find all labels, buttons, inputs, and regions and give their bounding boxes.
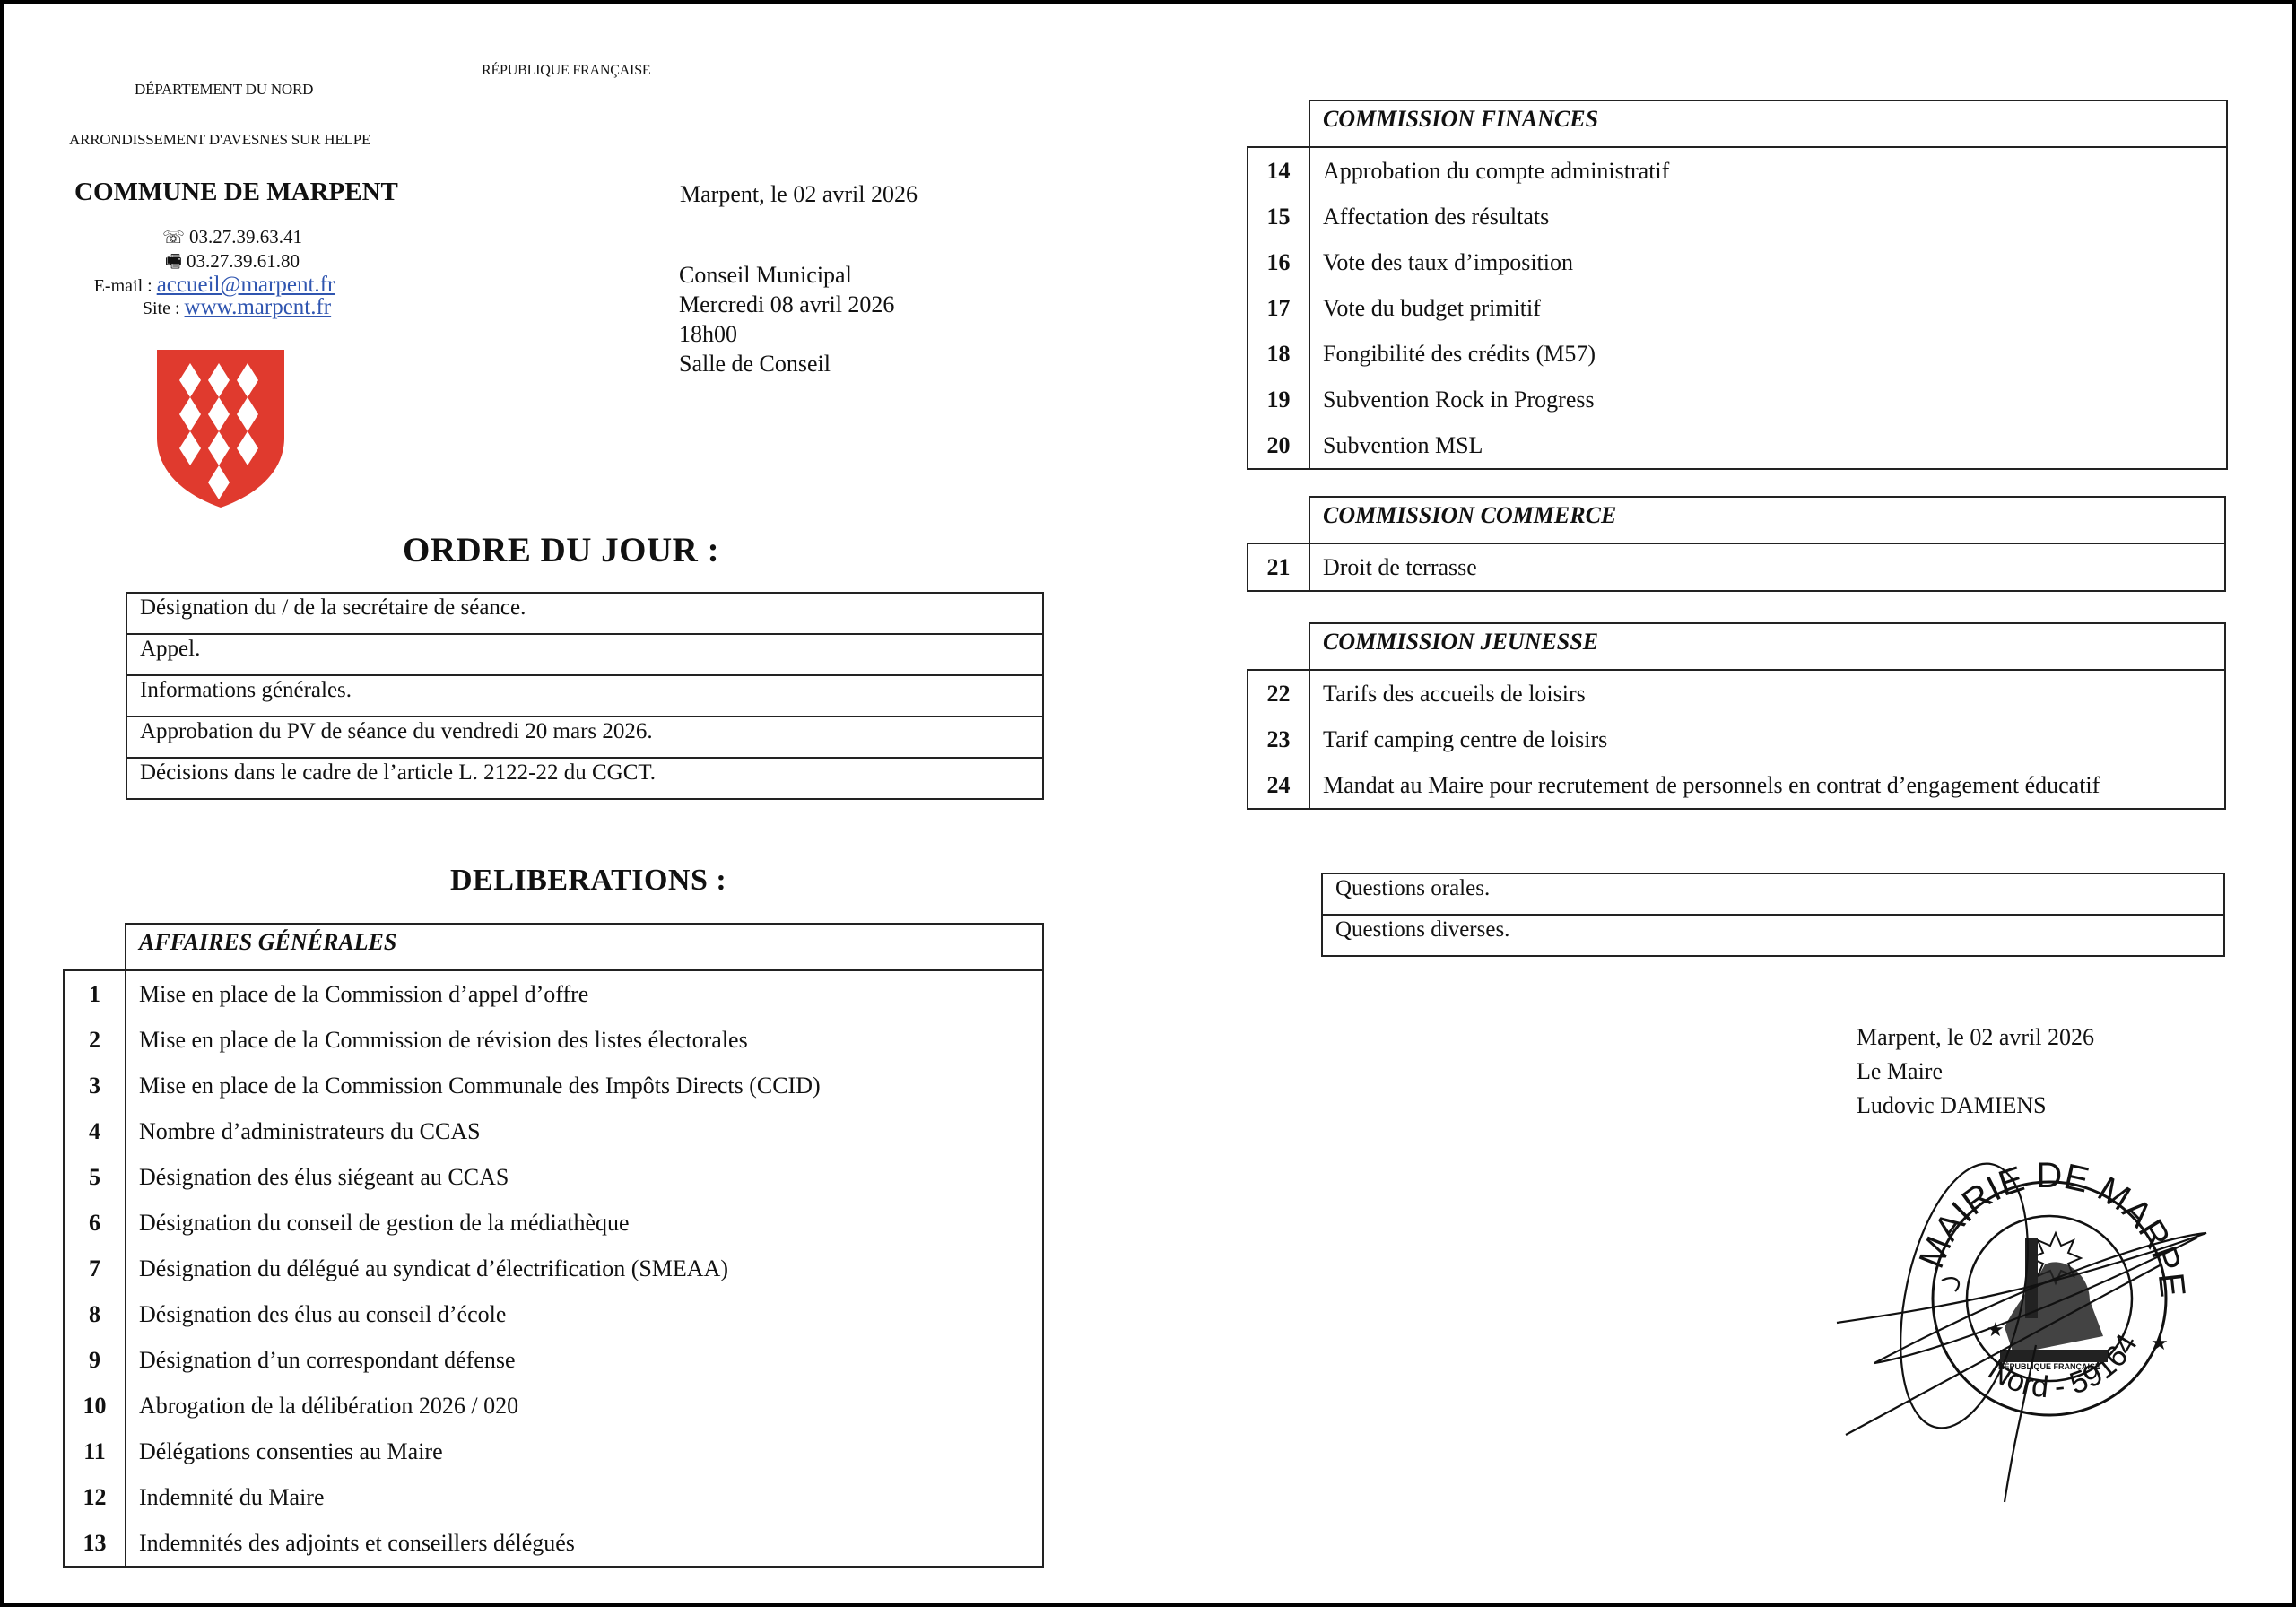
ordre-du-jour-row: Informations générales. [126, 675, 1043, 717]
deliberation-number: 5 [64, 1154, 126, 1200]
deliberation-text: Fongibilité des crédits (M57) [1309, 331, 2227, 377]
signature-date: Marpent, le 02 avril 2026 [1857, 1021, 2094, 1055]
deliberation-row: 6Désignation du conseil de gestion de la… [64, 1200, 1043, 1246]
ordre-du-jour-item: Appel. [126, 634, 1043, 675]
site-label: Site : [143, 299, 180, 318]
deliberation-row: 15Affectation des résultats [1248, 194, 2227, 239]
section-title: COMMISSION JEUNESSE [1309, 623, 2225, 670]
fax-icon: 🖷 [165, 252, 182, 272]
section-commission-jeunesse: COMMISSION JEUNESSE22Tarifs des accueils… [1247, 622, 2226, 810]
section-header-row: COMMISSION COMMERCE [1248, 497, 2225, 543]
deliberation-row: 17Vote du budget primitif [1248, 285, 2227, 331]
deliberation-text: Désignation des élus siégeant au CCAS [126, 1154, 1043, 1200]
deliberation-text: Vote du budget primitif [1309, 285, 2227, 331]
question-item: Questions orales. [1322, 873, 2224, 915]
deliberation-number: 15 [1248, 194, 1309, 239]
svg-text:RÉPUBLIQUE FRANÇAISE: RÉPUBLIQUE FRANÇAISE [1998, 1362, 2100, 1371]
deliberation-row: 7Désignation du délégué au syndicat d’él… [64, 1246, 1043, 1291]
deliberation-row: 5Désignation des élus siégeant au CCAS [64, 1154, 1043, 1200]
site-link[interactable]: www.marpent.fr [185, 295, 332, 319]
deliberation-number: 10 [64, 1383, 126, 1429]
signature-block: Marpent, le 02 avril 2026 Le Maire Ludov… [1857, 1021, 2094, 1123]
deliberation-number: 3 [64, 1063, 126, 1108]
arrondissement-label: ARRONDISSEMENT D'AVESNES SUR HELPE [69, 131, 370, 149]
deliberation-text: Vote des taux d’imposition [1309, 239, 2227, 285]
deliberation-number: 20 [1248, 422, 1309, 469]
deliberation-row: 11Délégations consenties au Maire [64, 1429, 1043, 1474]
questions-table: Questions orales.Questions diverses. [1321, 873, 2225, 957]
deliberation-number: 19 [1248, 377, 1309, 422]
deliberation-text: Subvention MSL [1309, 422, 2227, 469]
ordre-du-jour-item: Décisions dans le cadre de l’article L. … [126, 758, 1043, 799]
deliberation-text: Tarif camping centre de loisirs [1309, 717, 2225, 762]
section-affaires-generales: AFFAIRES GÉNÉRALES1Mise en place de la C… [63, 923, 1044, 1568]
deliberation-number: 6 [64, 1200, 126, 1246]
deliberation-text: Subvention Rock in Progress [1309, 377, 2227, 422]
ordre-du-jour-title: ORDRE DU JOUR : [403, 530, 719, 570]
republic-label: RÉPUBLIQUE FRANÇAISE [482, 63, 650, 79]
meeting-time: 18h00 [679, 319, 894, 349]
deliberation-text: Indemnités des adjoints et conseillers d… [126, 1520, 1043, 1567]
deliberation-number: 16 [1248, 239, 1309, 285]
section-header-row: COMMISSION JEUNESSE [1248, 623, 2225, 670]
section-title: COMMISSION COMMERCE [1309, 497, 2225, 543]
deliberation-text: Droit de terrasse [1309, 543, 2225, 591]
header-spacer [64, 924, 126, 970]
deliberation-number: 23 [1248, 717, 1309, 762]
deliberation-row: 4Nombre d’administrateurs du CCAS [64, 1108, 1043, 1154]
deliberation-text: Abrogation de la délibération 2026 / 020 [126, 1383, 1043, 1429]
deliberation-number: 8 [64, 1291, 126, 1337]
deliberation-row: 8Désignation des élus au conseil d’école [64, 1291, 1043, 1337]
deliberation-row: 22Tarifs des accueils de loisirs [1248, 670, 2225, 717]
deliberation-text: Désignation d’un correspondant défense [126, 1337, 1043, 1383]
phone-number: 03.27.39.63.41 [189, 226, 302, 248]
section-header-row: AFFAIRES GÉNÉRALES [64, 924, 1043, 970]
deliberation-text: Mise en place de la Commission d’appel d… [126, 970, 1043, 1017]
deliberation-row: 21Droit de terrasse [1248, 543, 2225, 591]
deliberation-text: Mise en place de la Commission Communale… [126, 1063, 1043, 1108]
question-item: Questions diverses. [1322, 915, 2224, 956]
site-line: Site : www.marpent.fr [98, 297, 376, 319]
department-label: DÉPARTEMENT DU NORD [135, 81, 313, 99]
deliberation-text: Indemnité du Maire [126, 1474, 1043, 1520]
ordre-du-jour-item: Approbation du PV de séance du vendredi … [126, 717, 1043, 758]
fax-line: 🖷 03.27.39.61.80 [89, 250, 376, 273]
deliberation-number: 9 [64, 1337, 126, 1383]
deliberation-number: 21 [1248, 543, 1309, 591]
deliberation-text: Mise en place de la Commission de révisi… [126, 1017, 1043, 1063]
deliberation-row: 14Approbation du compte administratif [1248, 147, 2227, 194]
deliberation-number: 12 [64, 1474, 126, 1520]
deliberation-row: 20Subvention MSL [1248, 422, 2227, 469]
question-row: Questions diverses. [1322, 915, 2224, 956]
deliberation-row: 9Désignation d’un correspondant défense [64, 1337, 1043, 1383]
deliberation-text: Approbation du compte administratif [1309, 147, 2227, 194]
deliberation-text: Tarifs des accueils de loisirs [1309, 670, 2225, 717]
meeting-info: Conseil Municipal Mercredi 08 avril 2026… [679, 260, 894, 378]
deliberation-number: 4 [64, 1108, 126, 1154]
crest-shield-icon [155, 348, 286, 509]
section-commission-commerce: COMMISSION COMMERCE21Droit de terrasse [1247, 496, 2226, 592]
deliberation-number: 22 [1248, 670, 1309, 717]
section-title: COMMISSION FINANCES [1309, 100, 2227, 147]
section-commission-finances: COMMISSION FINANCES14Approbation du comp… [1247, 100, 2228, 470]
email-label: E-mail : [94, 276, 152, 296]
email-line: E-mail : accueil@marpent.fr [53, 274, 376, 297]
deliberation-number: 2 [64, 1017, 126, 1063]
meeting-date: Mercredi 08 avril 2026 [679, 290, 894, 319]
ordre-du-jour-row: Appel. [126, 634, 1043, 675]
deliberation-text: Désignation du conseil de gestion de la … [126, 1200, 1043, 1246]
deliberation-text: Désignation des élus au conseil d’école [126, 1291, 1043, 1337]
letter-date: Marpent, le 02 avril 2026 [680, 179, 918, 209]
deliberation-row: 2Mise en place de la Commission de révis… [64, 1017, 1043, 1063]
deliberation-row: 19Subvention Rock in Progress [1248, 377, 2227, 422]
ordre-du-jour-item: Désignation du / de la secrétaire de séa… [126, 593, 1043, 634]
deliberation-row: 12Indemnité du Maire [64, 1474, 1043, 1520]
section-header-row: COMMISSION FINANCES [1248, 100, 2227, 147]
svg-text:★: ★ [2151, 1332, 2169, 1354]
ordre-du-jour-row: Désignation du / de la secrétaire de séa… [126, 593, 1043, 634]
signature-name: Ludovic DAMIENS [1857, 1089, 2094, 1123]
deliberation-text: Affectation des résultats [1309, 194, 2227, 239]
deliberation-text: Délégations consenties au Maire [126, 1429, 1043, 1474]
deliberation-row: 1Mise en place de la Commission d’appel … [64, 970, 1043, 1017]
deliberation-text: Mandat au Maire pour recrutement de pers… [1309, 762, 2225, 809]
deliberation-text: Désignation du délégué au syndicat d’éle… [126, 1246, 1043, 1291]
meeting-body: Conseil Municipal [679, 260, 894, 290]
header-spacer [1248, 497, 1309, 543]
deliberation-text: Nombre d’administrateurs du CCAS [126, 1108, 1043, 1154]
deliberation-row: 18Fongibilité des crédits (M57) [1248, 331, 2227, 377]
deliberation-row: 24Mandat au Maire pour recrutement de pe… [1248, 762, 2225, 809]
header-spacer [1248, 623, 1309, 670]
deliberation-number: 14 [1248, 147, 1309, 194]
deliberation-number: 1 [64, 970, 126, 1017]
header-spacer [1248, 100, 1309, 147]
deliberations-title: DELIBERATIONS : [450, 864, 726, 898]
mayor-seal-stamp-icon: MAIRIE DE MARPENT Nord - 59164 RÉPUBLIQU… [1821, 1148, 2251, 1524]
deliberation-number: 18 [1248, 331, 1309, 377]
deliberation-number: 7 [64, 1246, 126, 1291]
meeting-room: Salle de Conseil [679, 349, 894, 378]
ordre-du-jour-row: Décisions dans le cadre de l’article L. … [126, 758, 1043, 799]
fax-number: 03.27.39.61.80 [187, 250, 300, 272]
telephone-icon: ☏ [162, 228, 185, 248]
question-row: Questions orales. [1322, 873, 2224, 915]
contact-block: ☏ 03.27.39.63.41 🖷 03.27.39.61.80 E-mail… [89, 226, 376, 319]
email-link[interactable]: accueil@marpent.fr [157, 273, 335, 297]
phone-line: ☏ 03.27.39.63.41 [89, 226, 376, 248]
deliberation-row: 23Tarif camping centre de loisirs [1248, 717, 2225, 762]
section-title: AFFAIRES GÉNÉRALES [126, 924, 1043, 970]
deliberation-number: 11 [64, 1429, 126, 1474]
deliberation-number: 24 [1248, 762, 1309, 809]
deliberation-row: 16Vote des taux d’imposition [1248, 239, 2227, 285]
commune-title: COMMUNE DE MARPENT [74, 178, 398, 207]
ordre-du-jour-table: Désignation du / de la secrétaire de séa… [126, 592, 1044, 800]
deliberation-number: 13 [64, 1520, 126, 1567]
deliberation-row: 10Abrogation de la délibération 2026 / 0… [64, 1383, 1043, 1429]
deliberation-number: 17 [1248, 285, 1309, 331]
ordre-du-jour-row: Approbation du PV de séance du vendredi … [126, 717, 1043, 758]
deliberation-row: 13Indemnités des adjoints et conseillers… [64, 1520, 1043, 1567]
deliberation-row: 3Mise en place de la Commission Communal… [64, 1063, 1043, 1108]
ordre-du-jour-item: Informations générales. [126, 675, 1043, 717]
signature-role: Le Maire [1857, 1055, 2094, 1089]
